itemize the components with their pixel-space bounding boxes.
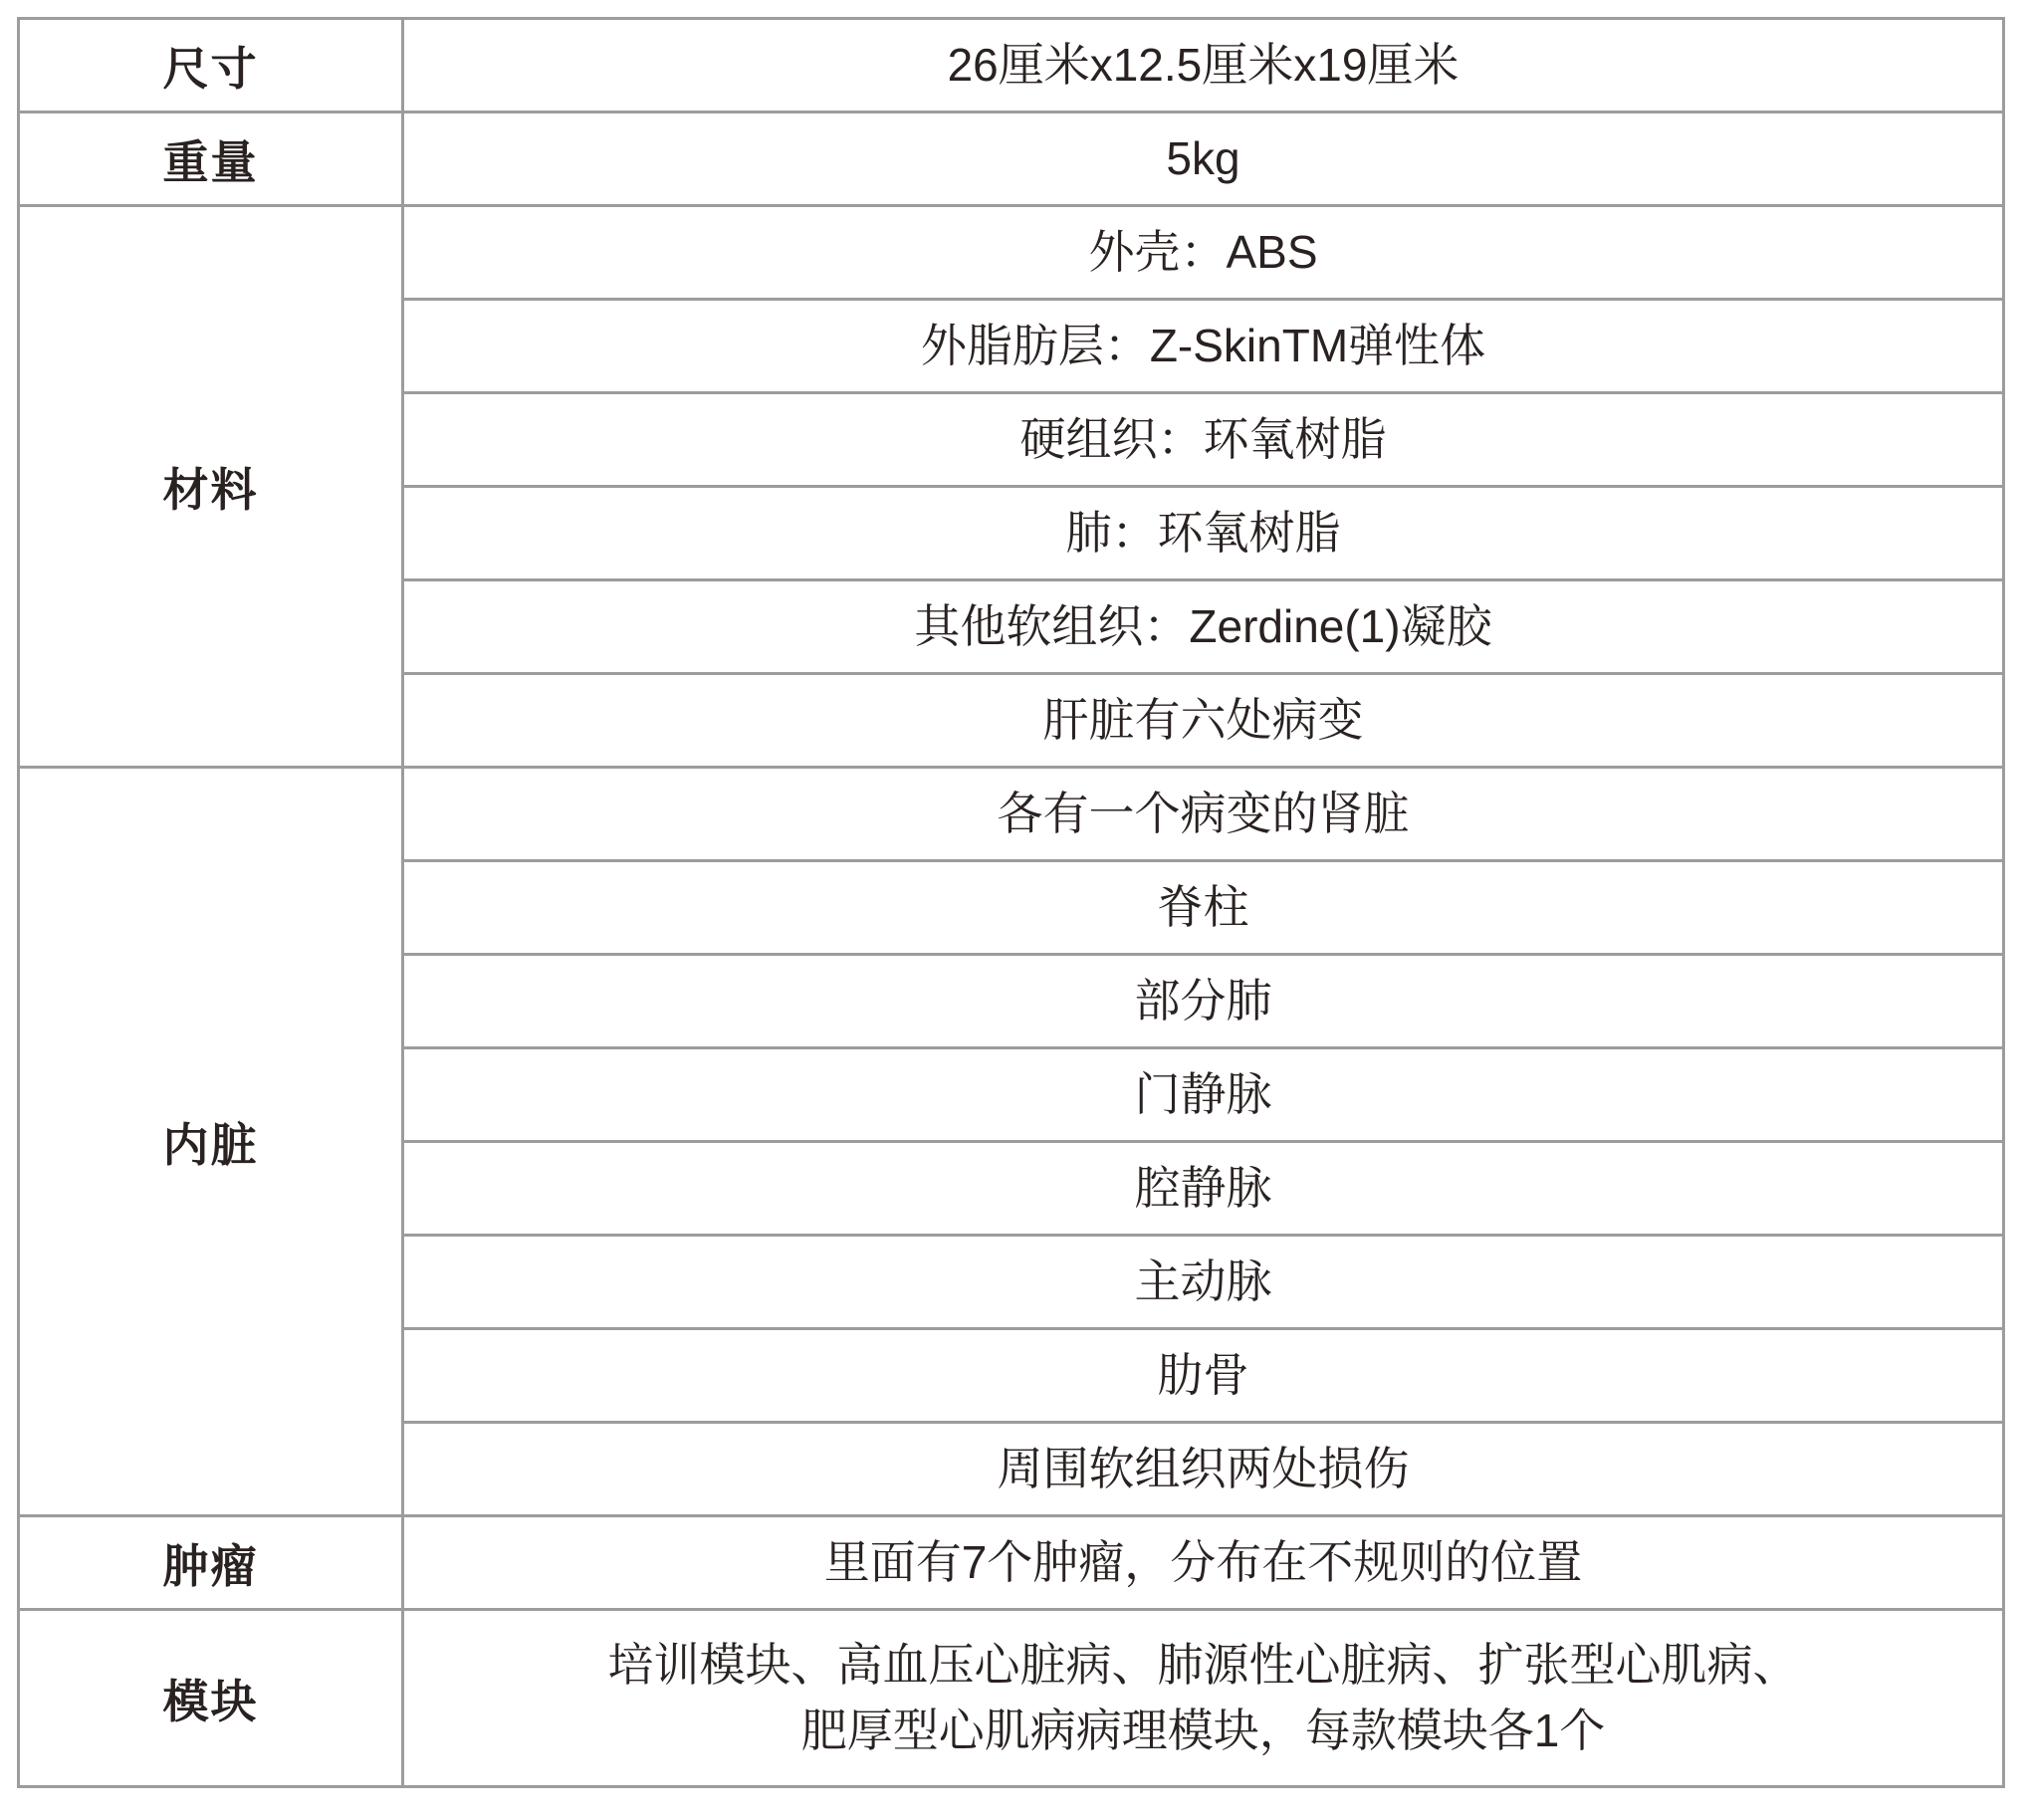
cell-dimensions-value: 26厘米x12.5厘米x19厘米 bbox=[403, 19, 2004, 113]
row-label-organs: 内脏 bbox=[19, 768, 403, 1516]
row-label-material: 材料 bbox=[19, 206, 403, 768]
row-label-module: 模块 bbox=[19, 1610, 403, 1787]
cell-weight-value: 5kg bbox=[403, 113, 2004, 206]
row-label-tumor: 肿瘤 bbox=[19, 1516, 403, 1610]
cell-material-lung: 肺：环氧树脂 bbox=[403, 487, 2004, 580]
table-row: 尺寸 26厘米x12.5厘米x19厘米 bbox=[19, 19, 2004, 113]
cell-material-liver-lesions: 肝脏有六处病变 bbox=[403, 674, 2004, 768]
table-row: 肿瘤 里面有7个肿瘤，分布在不规则的位置 bbox=[19, 1516, 2004, 1610]
spec-table: 尺寸 26厘米x12.5厘米x19厘米 重量 5kg 材料 外壳：ABS 外脂肪… bbox=[17, 17, 2005, 1788]
cell-organs-kidneys: 各有一个病变的肾脏 bbox=[403, 768, 2004, 861]
spec-sheet-page: 尺寸 26厘米x12.5厘米x19厘米 重量 5kg 材料 外壳：ABS 外脂肪… bbox=[0, 0, 2023, 1820]
row-label-weight: 重量 bbox=[19, 113, 403, 206]
cell-material-soft-tissue: 其他软组织：Zerdine(1)凝胶 bbox=[403, 580, 2004, 674]
row-label-dimensions: 尺寸 bbox=[19, 19, 403, 113]
table-row: 内脏 各有一个病变的肾脏 bbox=[19, 768, 2004, 861]
cell-organs-portal-vein: 门静脉 bbox=[403, 1048, 2004, 1142]
table-row: 模块 培训模块、高血压心脏病、肺源性心脏病、扩张型心肌病、 肥厚型心肌病病理模块… bbox=[19, 1610, 2004, 1787]
cell-material-shell: 外壳：ABS bbox=[403, 206, 2004, 300]
cell-material-hard-tissue: 硬组织：环氧树脂 bbox=[403, 393, 2004, 487]
cell-organs-aorta: 主动脉 bbox=[403, 1236, 2004, 1329]
cell-material-fat-layer: 外脂肪层：Z-SkinTM弹性体 bbox=[403, 300, 2004, 393]
cell-organs-ribs: 肋骨 bbox=[403, 1329, 2004, 1423]
cell-tumor-value: 里面有7个肿瘤，分布在不规则的位置 bbox=[403, 1516, 2004, 1610]
cell-organs-partial-lung: 部分肺 bbox=[403, 955, 2004, 1048]
table-row: 重量 5kg bbox=[19, 113, 2004, 206]
cell-module-value: 培训模块、高血压心脏病、肺源性心脏病、扩张型心肌病、 肥厚型心肌病病理模块，每款… bbox=[403, 1610, 2004, 1787]
table-row: 材料 外壳：ABS bbox=[19, 206, 2004, 300]
cell-organs-soft-tissue-damage: 周围软组织两处损伤 bbox=[403, 1423, 2004, 1516]
cell-organs-vena-cava: 腔静脉 bbox=[403, 1142, 2004, 1236]
cell-organs-spine: 脊柱 bbox=[403, 861, 2004, 955]
